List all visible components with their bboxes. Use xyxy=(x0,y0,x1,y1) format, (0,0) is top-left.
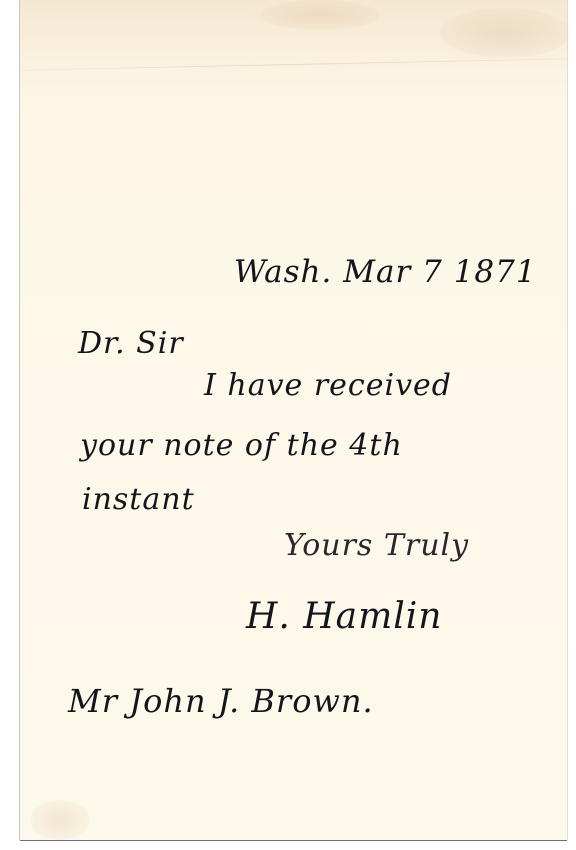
letter-dateline: Wash. Mar 7 1871 xyxy=(234,254,537,290)
age-stain xyxy=(440,8,570,58)
letter-addressee: Mr John J. Brown. xyxy=(68,682,374,720)
paper-fold-line xyxy=(20,58,567,70)
letter-body-line: I have received xyxy=(204,368,452,403)
age-stain xyxy=(30,800,90,840)
letter-body-line: your note of the 4th xyxy=(80,428,403,463)
letter-closing: Yours Truly xyxy=(284,528,469,563)
letter-signature: H. Hamlin xyxy=(246,596,443,637)
age-stain xyxy=(260,0,380,30)
letter-salutation: Dr. Sir xyxy=(78,326,184,361)
letter-body-line: instant xyxy=(82,482,195,517)
